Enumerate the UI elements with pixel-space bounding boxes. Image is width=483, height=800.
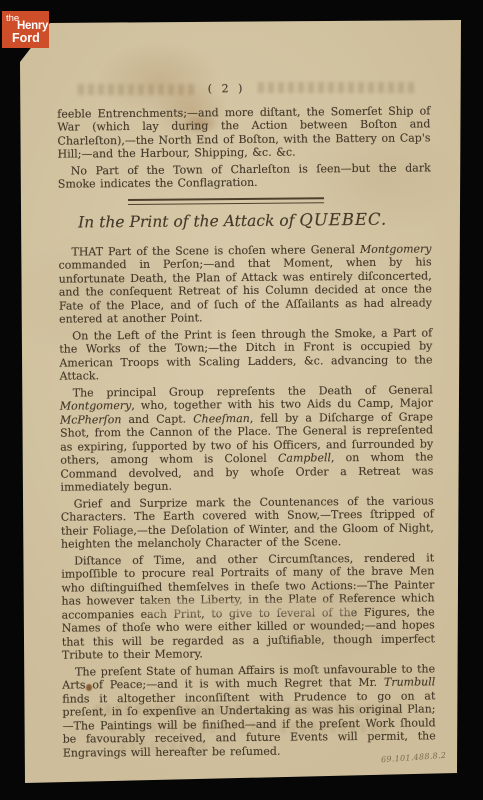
- italic-name: Montgomery: [60, 399, 132, 413]
- logo-text-ford: Ford: [12, 31, 40, 45]
- page-number: ( 2 ): [57, 81, 396, 97]
- heading-prefix: In the Print of the Attack of: [78, 211, 299, 231]
- paragraph: No Part of the Town of Charleſton is ſee…: [58, 161, 431, 191]
- henry-ford-logo: the Henry Ford: [2, 11, 49, 48]
- document-page: ( 2 ) feeble Entrenchments;—and more diſ…: [0, 0, 483, 800]
- paragraph: The preſent State of human Affairs is mo…: [62, 662, 436, 760]
- paragraphs-before-heading: feeble Entrenchments;—and more diſtant, …: [57, 104, 431, 191]
- faded-ink-patch: [148, 601, 353, 615]
- body-text: Grief and Surprize mark the Countenances…: [61, 494, 434, 551]
- body-text: finds it altogether inconſiſtent with Pr…: [62, 689, 435, 759]
- paragraph: feeble Entrenchments;—and more diſtant, …: [57, 104, 430, 161]
- text-column: ( 2 ) feeble Entrenchments;—and more diſ…: [57, 80, 436, 762]
- italic-name: Trumbull: [384, 675, 435, 688]
- paragraph: On the Left of the Print is ſeen through…: [59, 326, 432, 383]
- foxing-spot: [86, 684, 92, 691]
- body-text: On the Left of the Print is ſeen through…: [59, 326, 432, 383]
- paragraph: THAT Part of the Scene is choſen where G…: [58, 242, 432, 326]
- body-text: commanded in Perſon;—and that Moment, wh…: [59, 255, 432, 325]
- heading-place: QUEBEC.: [299, 209, 387, 229]
- photograph-background: ( 2 ) feeble Entrenchments;—and more diſ…: [0, 0, 483, 800]
- italic-name: Cheeſman: [193, 411, 250, 424]
- section-heading: In the Print of the Attack of QUEBEC.: [58, 209, 407, 232]
- body-text: The preſent State of human Affairs is mo…: [62, 662, 435, 692]
- paragraph: The principal Group repreſents the Death…: [60, 383, 434, 494]
- double-rule-divider: [128, 197, 324, 205]
- body-text: feeble Entrenchments;—and more diſtant, …: [57, 104, 430, 161]
- body-text: and Capt.: [121, 412, 193, 426]
- italic-name: Montgomery: [360, 242, 432, 256]
- paragraphs-after-heading: THAT Part of the Scene is choſen where G…: [58, 242, 435, 760]
- body-text: No Part of the Town of Charleſton is ſee…: [58, 161, 431, 191]
- paragraph: Grief and Surprize mark the Countenances…: [61, 494, 434, 551]
- italic-name: Campbell: [278, 451, 331, 464]
- italic-name: McPherſon: [60, 413, 122, 427]
